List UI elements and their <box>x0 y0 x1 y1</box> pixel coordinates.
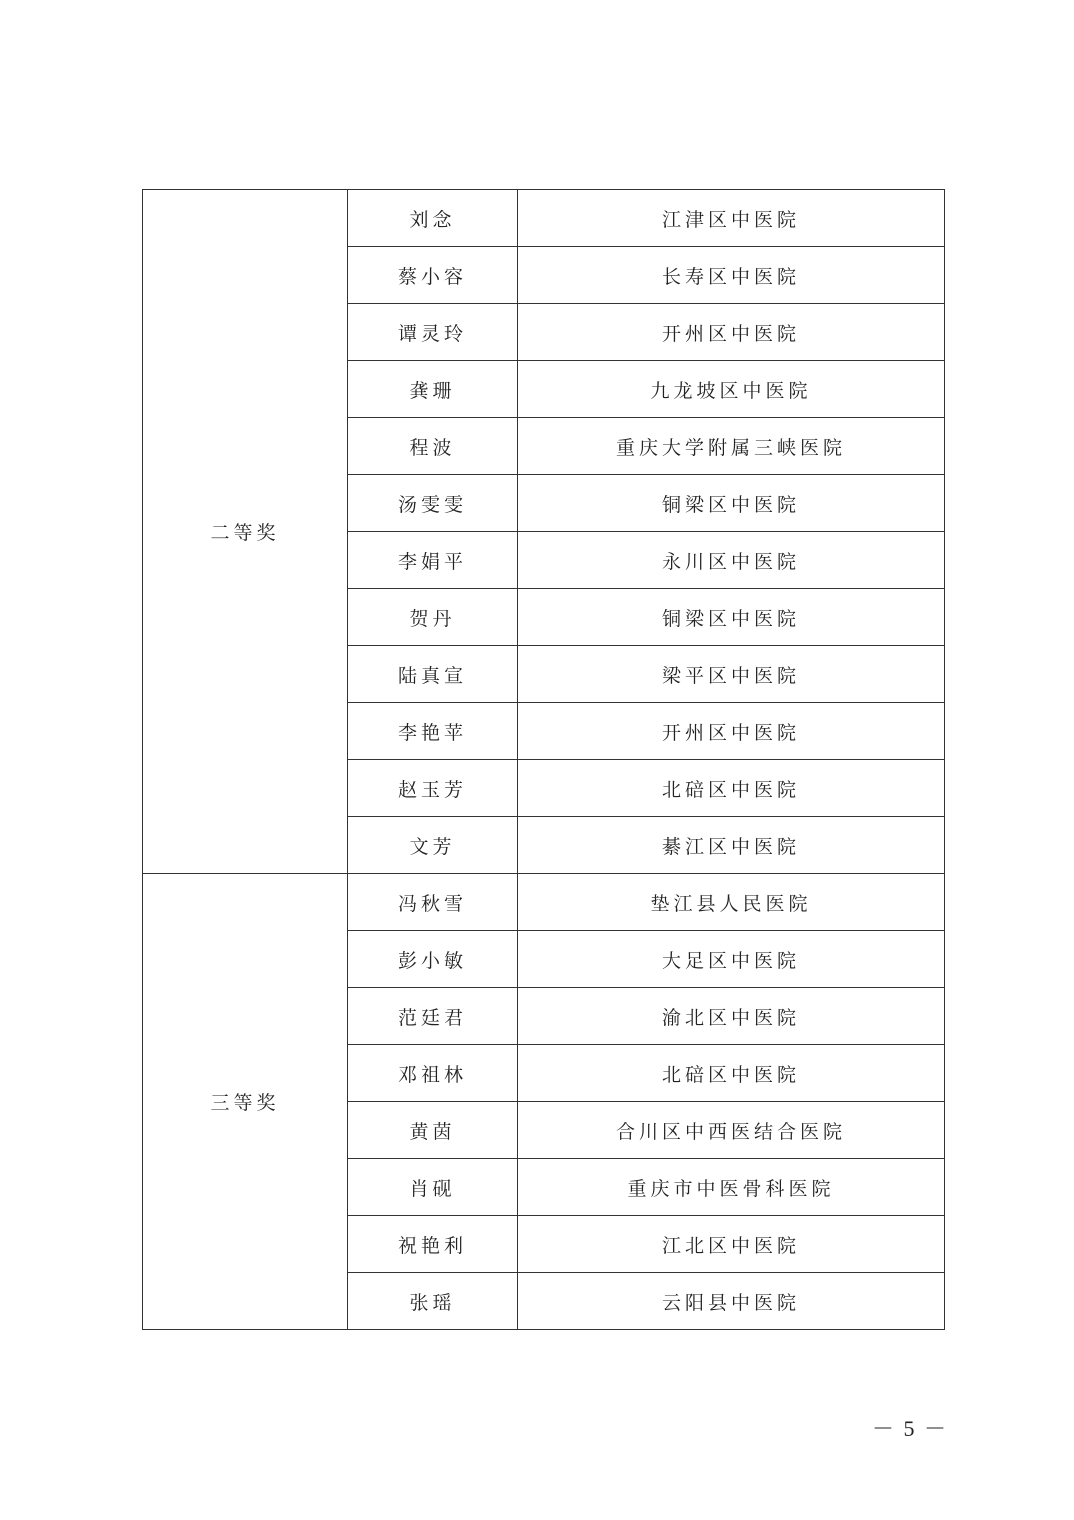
hospital-cell: 北碚区中医院 <box>518 760 945 817</box>
hospital-cell: 永川区中医院 <box>518 532 945 589</box>
hospital-cell: 重庆大学附属三峡医院 <box>518 418 945 475</box>
hospital-cell: 长寿区中医院 <box>518 247 945 304</box>
winner-name-cell: 张瑶 <box>348 1273 518 1330</box>
table-row: 三等奖 冯秋雪 垫江县人民医院 <box>143 874 945 931</box>
page-number: － 5 － <box>872 1412 948 1443</box>
hospital-cell: 江北区中医院 <box>518 1216 945 1273</box>
hospital-cell: 大足区中医院 <box>518 931 945 988</box>
winner-name-cell: 李艳苹 <box>348 703 518 760</box>
winner-name-cell: 程波 <box>348 418 518 475</box>
hospital-cell: 垫江县人民医院 <box>518 874 945 931</box>
winner-name-cell: 蔡小容 <box>348 247 518 304</box>
table-row: 二等奖 刘念 江津区中医院 <box>143 190 945 247</box>
winner-name-cell: 赵玉芳 <box>348 760 518 817</box>
winner-name-cell: 李娟平 <box>348 532 518 589</box>
document-page: 二等奖 刘念 江津区中医院 蔡小容 长寿区中医院 谭灵玲 开州区中医院 龚珊 九… <box>0 0 1074 1520</box>
award-level-cell: 三等奖 <box>143 874 348 1330</box>
winner-name-cell: 范廷君 <box>348 988 518 1045</box>
winner-name-cell: 龚珊 <box>348 361 518 418</box>
winner-name-cell: 肖砚 <box>348 1159 518 1216</box>
hospital-cell: 重庆市中医骨科医院 <box>518 1159 945 1216</box>
winner-name-cell: 汤雯雯 <box>348 475 518 532</box>
winner-name-cell: 刘念 <box>348 190 518 247</box>
hospital-cell: 云阳县中医院 <box>518 1273 945 1330</box>
winner-name-cell: 陆真宣 <box>348 646 518 703</box>
winner-name-cell: 彭小敏 <box>348 931 518 988</box>
hospital-cell: 渝北区中医院 <box>518 988 945 1045</box>
winner-name-cell: 黄茵 <box>348 1102 518 1159</box>
hospital-cell: 合川区中西医结合医院 <box>518 1102 945 1159</box>
hospital-cell: 开州区中医院 <box>518 703 945 760</box>
awards-table: 二等奖 刘念 江津区中医院 蔡小容 长寿区中医院 谭灵玲 开州区中医院 龚珊 九… <box>142 189 945 1330</box>
winner-name-cell: 谭灵玲 <box>348 304 518 361</box>
hospital-cell: 铜梁区中医院 <box>518 589 945 646</box>
hospital-cell: 江津区中医院 <box>518 190 945 247</box>
winner-name-cell: 邓祖林 <box>348 1045 518 1102</box>
hospital-cell: 梁平区中医院 <box>518 646 945 703</box>
hospital-cell: 北碚区中医院 <box>518 1045 945 1102</box>
hospital-cell: 九龙坡区中医院 <box>518 361 945 418</box>
hospital-cell: 开州区中医院 <box>518 304 945 361</box>
winner-name-cell: 贺丹 <box>348 589 518 646</box>
hospital-cell: 綦江区中医院 <box>518 817 945 874</box>
winner-name-cell: 文芳 <box>348 817 518 874</box>
winner-name-cell: 祝艳利 <box>348 1216 518 1273</box>
award-level-cell: 二等奖 <box>143 190 348 874</box>
hospital-cell: 铜梁区中医院 <box>518 475 945 532</box>
winner-name-cell: 冯秋雪 <box>348 874 518 931</box>
